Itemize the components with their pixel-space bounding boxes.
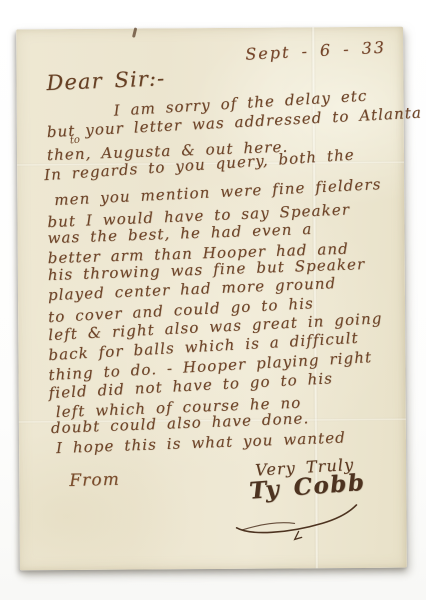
top-edge-ink-mark	[132, 27, 137, 37]
from-word: From	[69, 470, 120, 491]
signature-flourish-underline	[232, 493, 362, 542]
letter-paper: Sept - 6 - 33 Dear Sir:- I am sorry of t…	[16, 27, 407, 571]
scan-background: Sept - 6 - 33 Dear Sir:- I am sorry of t…	[0, 0, 426, 600]
letter-date: Sept - 6 - 33	[245, 38, 387, 64]
inserted-word-above-line: to	[69, 135, 80, 147]
salutation: Dear Sir:-	[46, 66, 166, 95]
